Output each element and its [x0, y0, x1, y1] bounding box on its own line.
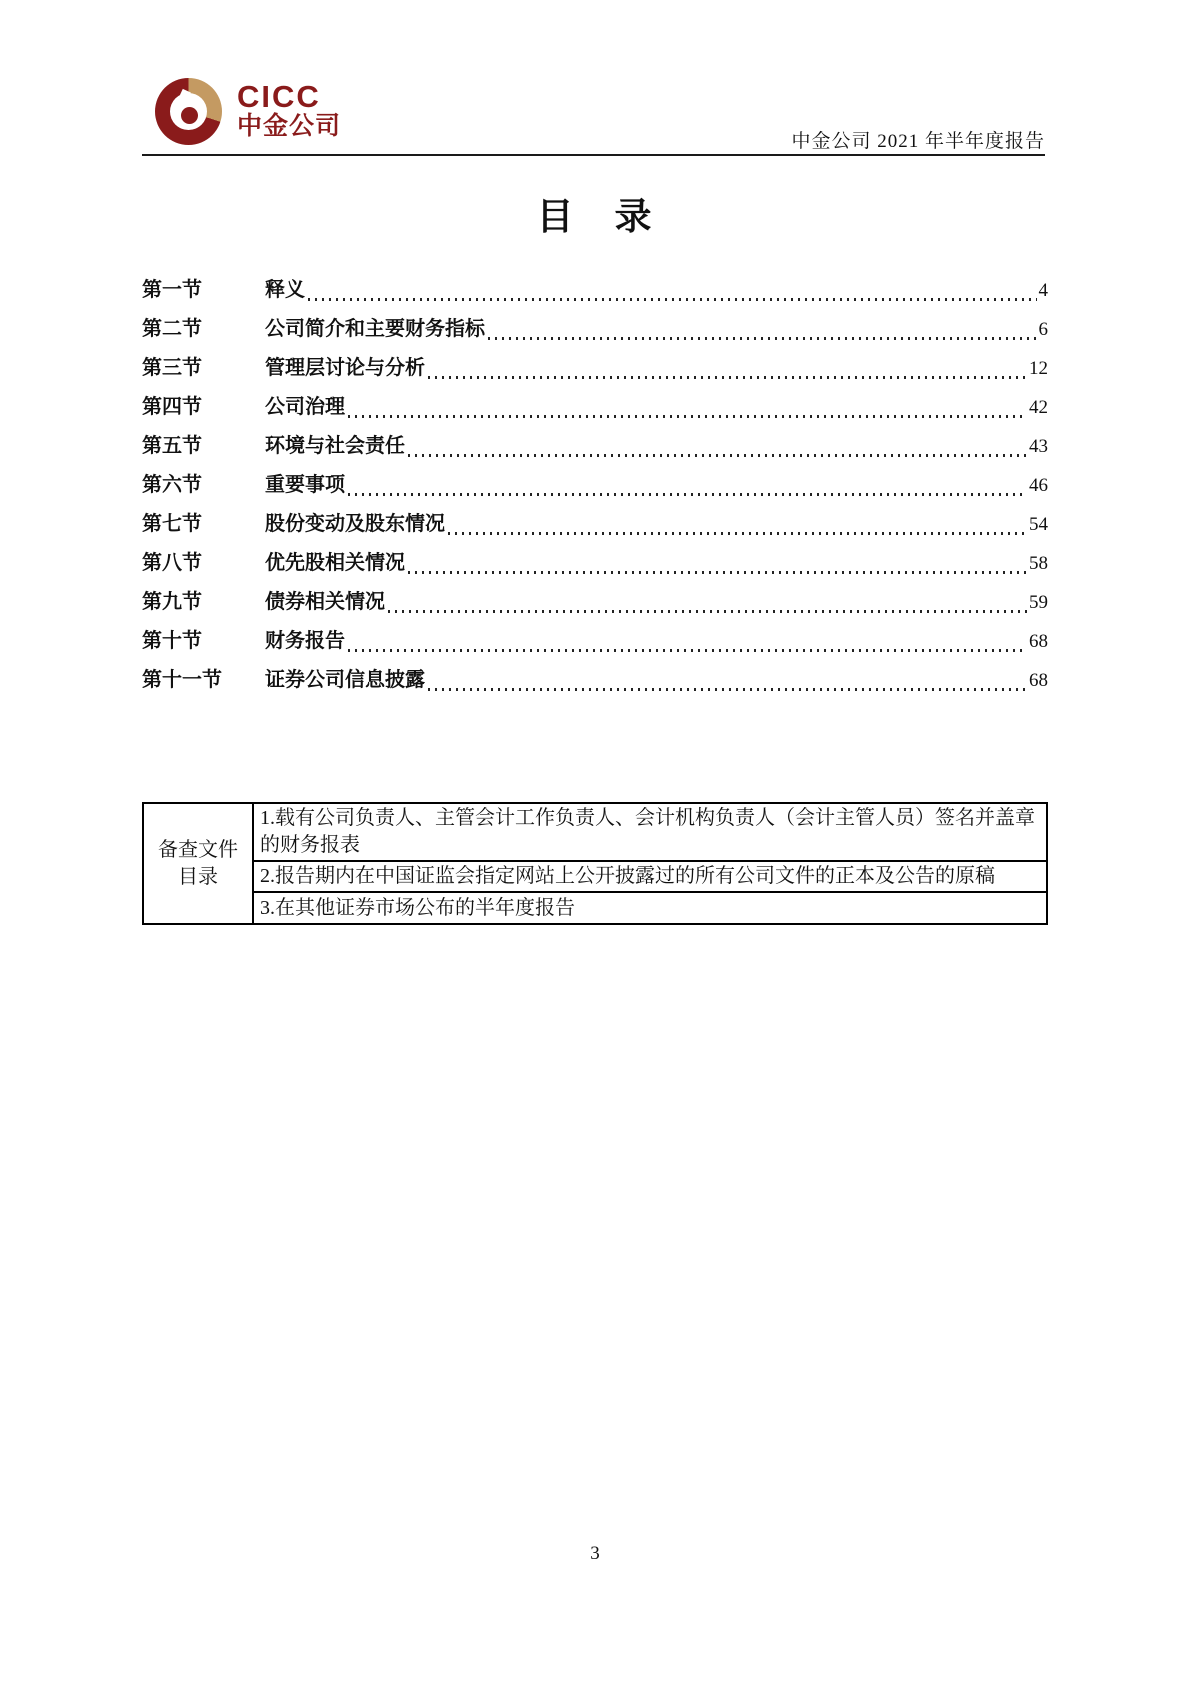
- toc-dot-leader: [348, 649, 1027, 652]
- toc-entry-title: 管理层讨论与分析: [265, 349, 425, 388]
- toc-dot-leader: [488, 337, 1037, 340]
- toc-page-number: 68: [1029, 661, 1048, 700]
- logo-name: 中金公司: [237, 112, 341, 140]
- toc-entry: 第一节 释义 4: [142, 271, 1048, 310]
- toc-page-number: 46: [1029, 466, 1048, 505]
- table-row: 3.在其他证券市场公布的半年度报告: [143, 892, 1047, 924]
- reference-item-2: 2.报告期内在中国证监会指定网站上公开披露过的所有公司文件的正本及公告的原稿: [253, 861, 1047, 892]
- table-of-contents: 第一节 释义 4 第二节 公司简介和主要财务指标 6 第三节 管理层讨论与分析 …: [142, 271, 1048, 700]
- toc-section-label: 第七节: [142, 505, 265, 544]
- toc-page-number: 54: [1029, 505, 1048, 544]
- toc-entry: 第六节 重要事项 46: [142, 466, 1048, 505]
- toc-dot-leader: [348, 415, 1027, 418]
- toc-section-label: 第五节: [142, 427, 265, 466]
- toc-page-number: 42: [1029, 388, 1048, 427]
- toc-section-label: 第十一节: [142, 661, 265, 700]
- toc-entry-title: 证券公司信息披露: [265, 661, 425, 700]
- toc-page-title: 目 录: [0, 186, 1190, 240]
- toc-section-label: 第一节: [142, 271, 265, 310]
- toc-entry-title: 环境与社会责任: [265, 427, 405, 466]
- toc-entry-title: 财务报告: [265, 622, 345, 661]
- toc-dot-leader: [408, 454, 1027, 457]
- reference-item-1: 1.载有公司负责人、主管会计工作负责人、会计机构负责人（会计主管人员）签名并盖章…: [253, 803, 1047, 861]
- toc-entry-title: 优先股相关情况: [265, 544, 405, 583]
- logo-wordmark: CICC 中金公司: [237, 82, 341, 140]
- toc-section-label: 第十节: [142, 622, 265, 661]
- logo-acronym: CICC: [237, 82, 341, 112]
- reference-documents-label: 备查文件 目录: [143, 803, 253, 924]
- toc-entry: 第二节 公司简介和主要财务指标 6: [142, 310, 1048, 349]
- toc-entry: 第七节 股份变动及股东情况 54: [142, 505, 1048, 544]
- toc-page-number: 68: [1029, 622, 1048, 661]
- toc-section-label: 第二节: [142, 310, 265, 349]
- toc-dot-leader: [408, 571, 1027, 574]
- toc-entry: 第十一节 证券公司信息披露 68: [142, 661, 1048, 700]
- toc-section-label: 第九节: [142, 583, 265, 622]
- toc-entry: 第九节 债券相关情况 59: [142, 583, 1048, 622]
- toc-section-label: 第四节: [142, 388, 265, 427]
- toc-dot-leader: [388, 610, 1027, 613]
- toc-entry: 第八节 优先股相关情况 58: [142, 544, 1048, 583]
- reference-item-3: 3.在其他证券市场公布的半年度报告: [253, 892, 1047, 924]
- toc-page-number: 12: [1029, 349, 1048, 388]
- cicc-logo-icon: [155, 78, 222, 145]
- logo-dot-icon: [181, 107, 198, 124]
- toc-page-number: 6: [1039, 310, 1049, 349]
- toc-entry-title: 股份变动及股东情况: [265, 505, 445, 544]
- header-divider: [142, 154, 1045, 156]
- toc-section-label: 第六节: [142, 466, 265, 505]
- reference-label-line2: 目录: [150, 864, 246, 891]
- toc-page-number: 58: [1029, 544, 1048, 583]
- toc-entry-title: 释义: [265, 271, 305, 310]
- report-title: 中金公司 2021 年半年度报告: [791, 126, 1045, 153]
- toc-entry: 第五节 环境与社会责任 43: [142, 427, 1048, 466]
- toc-page-number: 43: [1029, 427, 1048, 466]
- toc-entry: 第四节 公司治理 42: [142, 388, 1048, 427]
- toc-dot-leader: [428, 688, 1027, 691]
- footer-page-number: 3: [0, 1543, 1190, 1565]
- toc-entry-title: 债券相关情况: [265, 583, 385, 622]
- logo-circle-icon: [155, 78, 222, 145]
- toc-page-number: 4: [1039, 271, 1049, 310]
- reference-documents-table: 备查文件 目录 1.载有公司负责人、主管会计工作负责人、会计机构负责人（会计主管…: [142, 802, 1048, 925]
- toc-dot-leader: [308, 298, 1037, 301]
- toc-entry: 第十节 财务报告 68: [142, 622, 1048, 661]
- table-row: 2.报告期内在中国证监会指定网站上公开披露过的所有公司文件的正本及公告的原稿: [143, 861, 1047, 892]
- toc-section-label: 第八节: [142, 544, 265, 583]
- toc-entry-title: 重要事项: [265, 466, 345, 505]
- table-row: 备查文件 目录 1.载有公司负责人、主管会计工作负责人、会计机构负责人（会计主管…: [143, 803, 1047, 861]
- toc-entry: 第三节 管理层讨论与分析 12: [142, 349, 1048, 388]
- toc-dot-leader: [348, 493, 1027, 496]
- toc-page-number: 59: [1029, 583, 1048, 622]
- reference-label-line1: 备查文件: [150, 837, 246, 864]
- toc-entry-title: 公司简介和主要财务指标: [265, 310, 485, 349]
- toc-entry-title: 公司治理: [265, 388, 345, 427]
- toc-dot-leader: [428, 376, 1027, 379]
- toc-dot-leader: [448, 532, 1027, 535]
- toc-section-label: 第三节: [142, 349, 265, 388]
